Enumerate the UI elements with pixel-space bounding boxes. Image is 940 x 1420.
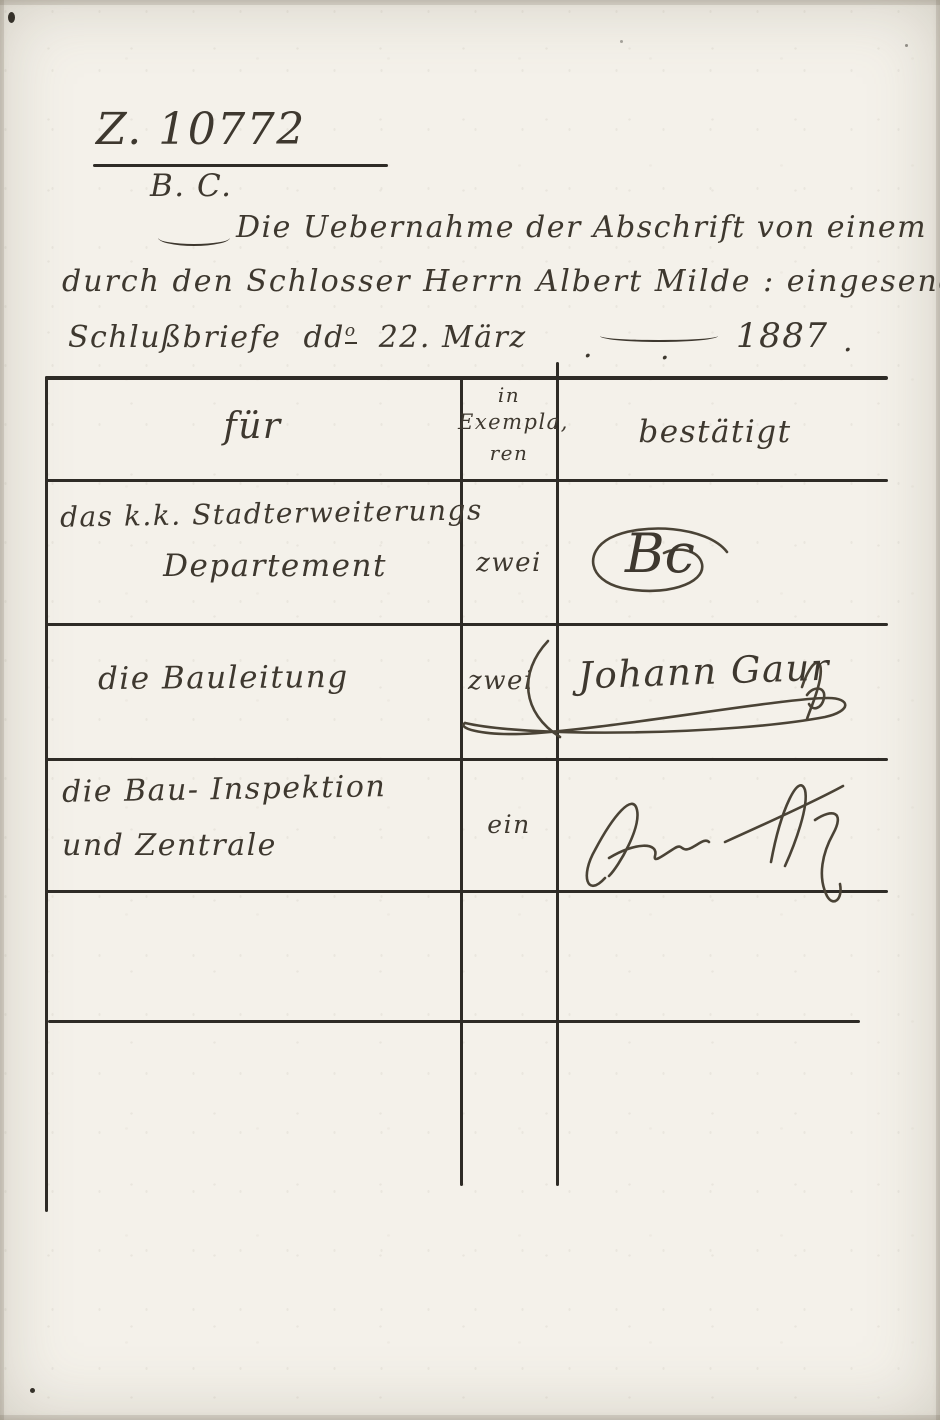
row2-signature: Johann Gaur	[577, 646, 830, 698]
scan-speck	[8, 12, 15, 23]
row3-recipient-line1: die Bau- Inspektion	[62, 769, 387, 810]
scan-speck	[30, 1388, 35, 1393]
dot-1: .	[583, 330, 594, 365]
table-top-border	[45, 376, 888, 380]
column-header-confirmed: bestätigt	[570, 414, 860, 450]
letter-year: 1887	[736, 316, 829, 356]
scan-edge-bottom	[0, 1415, 940, 1420]
table-column-divider-2	[556, 362, 559, 1186]
column-header-copies-line3: ren	[462, 441, 556, 465]
scan-edge-top	[0, 0, 940, 5]
table-header-separator	[45, 479, 888, 482]
intro-flourish	[158, 232, 230, 246]
file-number-underline	[93, 164, 388, 167]
row3-copies: ein	[462, 810, 556, 839]
row1-signature: Bc	[625, 522, 695, 585]
scan-edge-right	[936, 0, 940, 1420]
body-line-2: durch den Schlosser Herrn Albert Milde :…	[62, 264, 940, 299]
dot-2: .	[660, 332, 671, 367]
scan-speck	[905, 44, 908, 47]
scan-edge-left	[0, 0, 4, 1420]
row1-copies: zwei	[462, 548, 556, 578]
body-line-3-word: Schlußbriefe ddo 22. März	[68, 320, 527, 355]
row1-recipient-line2: Departement	[130, 548, 420, 584]
column-header-for: für	[45, 406, 460, 447]
row2-recipient-line1: die Bauleitung	[98, 659, 349, 697]
row3-recipient-line2: und Zentrale	[62, 828, 277, 863]
office-code: B. C.	[150, 168, 232, 204]
dot-3: .	[843, 324, 854, 359]
table-row1-separator	[47, 623, 888, 626]
table-left-border	[45, 376, 48, 1212]
body-line-1: Die Uebernahme der Abschrift von einem	[236, 210, 927, 245]
document-page: Z. 10772 B. C. Die Uebernahme der Abschr…	[0, 0, 940, 1420]
column-header-copies-line2: Exempla,	[458, 410, 558, 434]
table-row4-separator	[48, 1020, 860, 1023]
letter-date: 22. März	[379, 320, 527, 355]
row3-signature-scrawl	[575, 760, 885, 910]
scan-speck	[620, 40, 623, 43]
dated-abbr: dd	[303, 320, 344, 355]
dated-abbr-sup: o	[345, 321, 357, 344]
file-number: Z. 10772	[96, 104, 306, 155]
row1-recipient-line1: das k.k. Stadterweiterungs	[60, 493, 483, 533]
closing-letter-word: Schlußbriefe	[68, 320, 281, 355]
column-header-copies-line1: in	[462, 383, 556, 407]
blank-dash	[600, 326, 718, 342]
